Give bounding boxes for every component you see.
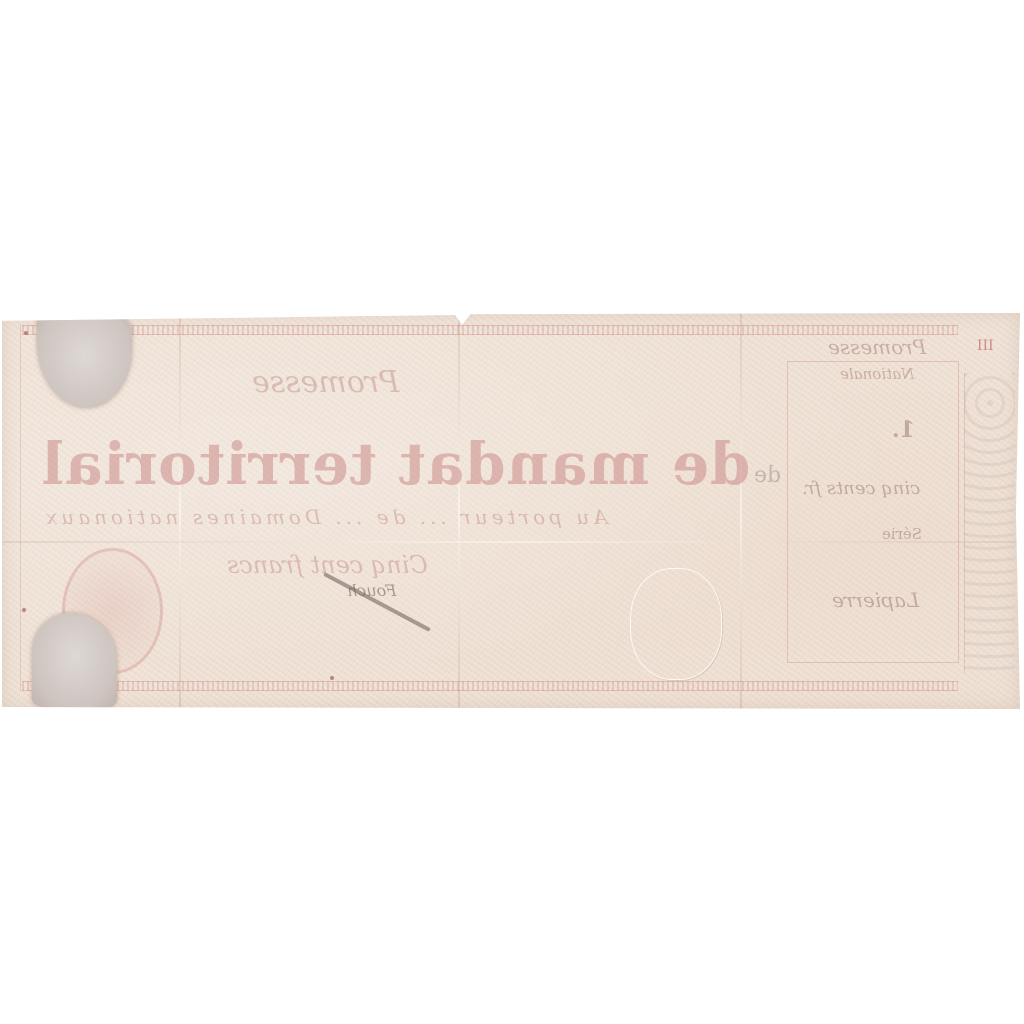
water-stain-bottom [32, 613, 117, 709]
coupon-value: cinq cents fr. [802, 478, 920, 499]
banknote: Promesse de mandat territorial Au porteu… [2, 313, 1020, 709]
coupon-series: Série [882, 525, 922, 543]
serial-mark: III [977, 338, 994, 354]
coupon-number: 1. [892, 417, 915, 443]
coupon-signature: Lapierre [832, 588, 919, 612]
coupon-frame [787, 361, 959, 663]
coupon-header-1: Promesse [802, 335, 952, 359]
printed-border-left [20, 325, 21, 691]
script-heading: Promesse [252, 365, 399, 400]
fold-line [740, 313, 742, 709]
side-mark: de [754, 463, 781, 488]
printed-border-bottom [22, 681, 958, 691]
foxing-spot [330, 676, 334, 680]
water-stain-top [37, 313, 132, 408]
script-legal-line: Au porteur ... de ... Domaines nationaux [42, 505, 642, 529]
scroll-ornament-border [964, 373, 1015, 673]
foxing-spot [24, 331, 28, 335]
embossed-seal [630, 568, 722, 680]
foxing-spot [22, 608, 26, 612]
note-title: de mandat territorial [30, 430, 750, 498]
printed-border-top [22, 325, 958, 335]
